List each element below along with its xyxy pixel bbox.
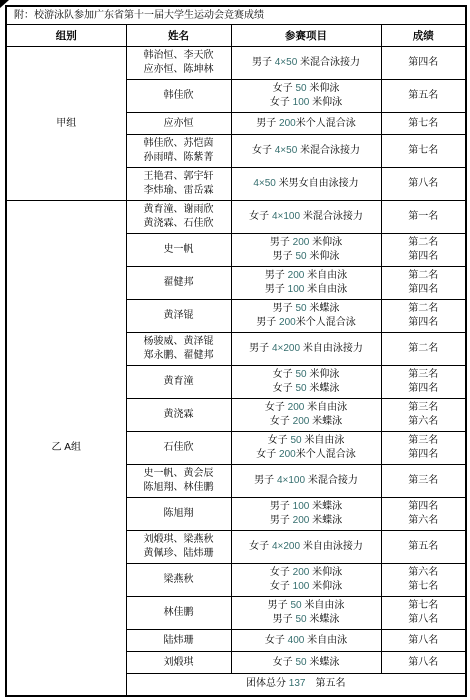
name-cell: 王艳君、郭宇轩李炜瑜、雷岳霖 bbox=[126, 168, 231, 201]
event-line: 女子 200 米自由泳 bbox=[234, 401, 379, 415]
name-cell: 韩佳欣、苏恺茵孙雨晴、陈紫菁 bbox=[126, 135, 231, 168]
table-row: 乙 A组黄育潼、谢雨欣黄浇霖、石佳欣女子 4×100 米混合泳接力第一名 bbox=[6, 201, 466, 234]
group-cell: 乙 A组 bbox=[6, 201, 126, 696]
result-line: 第四名 bbox=[384, 382, 464, 396]
result-line: 第二名 bbox=[384, 342, 464, 356]
event-line: 4×50 米男女自由泳接力 bbox=[234, 177, 379, 191]
result-line: 第六名 bbox=[384, 415, 464, 429]
event-cell: 男子 200 米仰泳男子 50 米仰泳 bbox=[231, 234, 381, 267]
event-cell: 女子 50 米仰泳女子 50 米蝶泳 bbox=[231, 366, 381, 399]
event-line: 男子 100 米蝶泳 bbox=[234, 500, 379, 514]
result-cell: 第八名 bbox=[381, 652, 466, 674]
name-line: 刘煅琪 bbox=[129, 656, 229, 670]
result-cell: 第三名第六名 bbox=[381, 399, 466, 432]
event-cell: 女子 400 米自由泳 bbox=[231, 630, 381, 652]
event-line: 男子 200 米自由泳 bbox=[234, 269, 379, 283]
event-line: 女子 50 米蝶泳 bbox=[234, 382, 379, 396]
event-cell: 男子 4×200 米自由泳接力 bbox=[231, 333, 381, 366]
number-text: 200 bbox=[288, 270, 305, 281]
result-line: 第八名 bbox=[384, 613, 464, 627]
name-line: 林佳鹏 bbox=[129, 606, 229, 620]
name-cell: 石佳欣 bbox=[126, 432, 231, 465]
name-line: 韩佳欣、苏恺茵 bbox=[129, 137, 229, 151]
event-cell: 女子 50 米仰泳女子 100 米仰泳 bbox=[231, 80, 381, 113]
name-line: 应亦恒、陈坤林 bbox=[129, 63, 229, 77]
event-cell: 女子 50 米蝶泳 bbox=[231, 652, 381, 674]
event-line: 男子 50 米自由泳 bbox=[234, 599, 379, 613]
result-cell: 第四名第六名 bbox=[381, 498, 466, 531]
result-cell: 第二名第四名 bbox=[381, 234, 466, 267]
event-line: 男子 4×100 米混合接力 bbox=[234, 474, 379, 488]
name-line: 王艳君、郭宇轩 bbox=[129, 170, 229, 184]
number-text: 200 bbox=[293, 515, 310, 526]
event-line: 女子 50 米自由泳 bbox=[234, 434, 379, 448]
results-table: 附：校游泳队参加广东省第十一届大学生运动会竞赛成绩 组别 姓名 参赛项目 成绩 … bbox=[5, 5, 467, 697]
name-cell: 翟健邦 bbox=[126, 267, 231, 300]
number-text: 4×50 bbox=[275, 57, 298, 68]
event-cell: 男子 200米个人混合泳 bbox=[231, 113, 381, 135]
number-text: 200 bbox=[288, 402, 305, 413]
name-line: 黄浇霖、石佳欣 bbox=[129, 217, 229, 231]
event-line: 男子 50 米仰泳 bbox=[234, 250, 379, 264]
number-text: 50 bbox=[295, 83, 306, 94]
name-line: 陈旭翔 bbox=[129, 507, 229, 521]
name-cell: 黄泽锟 bbox=[126, 300, 231, 333]
name-line: 刘煅琪、梁燕秋 bbox=[129, 533, 229, 547]
number-text: 50 bbox=[295, 383, 306, 394]
name-cell: 史一帆 bbox=[126, 234, 231, 267]
event-cell: 女子 4×100 米混合泳接力 bbox=[231, 201, 381, 234]
result-line: 第四名 bbox=[384, 448, 464, 462]
name-cell: 黄浇霖 bbox=[126, 399, 231, 432]
result-cell: 第三名第四名 bbox=[381, 366, 466, 399]
name-cell: 应亦恒 bbox=[126, 113, 231, 135]
event-line: 女子 50 米蝶泳 bbox=[234, 656, 379, 670]
result-line: 第四名 bbox=[384, 56, 464, 70]
result-line: 第六名 bbox=[384, 514, 464, 528]
name-line: 梁燕秋 bbox=[129, 573, 229, 587]
event-line: 女子 4×50 米混合泳接力 bbox=[234, 144, 379, 158]
name-line: 史一帆、黄会辰 bbox=[129, 467, 229, 481]
result-line: 第二名 bbox=[384, 302, 464, 316]
name-cell: 陈旭翔 bbox=[126, 498, 231, 531]
event-cell: 女子 4×50 米混合泳接力 bbox=[231, 135, 381, 168]
event-cell: 女子 50 米自由泳女子 200米个人混合泳 bbox=[231, 432, 381, 465]
name-line: 韩治恒、李天欣 bbox=[129, 49, 229, 63]
name-line: 陆炜珊 bbox=[129, 634, 229, 648]
event-line: 男子 100 米自由泳 bbox=[234, 283, 379, 297]
result-line: 第四名 bbox=[384, 250, 464, 264]
event-line: 男子 200米个人混合泳 bbox=[234, 316, 379, 330]
name-line: 李炜瑜、雷岳霖 bbox=[129, 184, 229, 198]
event-cell: 男子 50 米蝶泳男子 200米个人混合泳 bbox=[231, 300, 381, 333]
result-line: 第八名 bbox=[384, 177, 464, 191]
event-line: 女子 200米个人混合泳 bbox=[234, 448, 379, 462]
name-cell: 黄育潼 bbox=[126, 366, 231, 399]
event-cell: 4×50 米男女自由泳接力 bbox=[231, 168, 381, 201]
name-cell: 刘煅琪 bbox=[126, 652, 231, 674]
result-line: 第八名 bbox=[384, 634, 464, 648]
result-line: 第四名 bbox=[384, 283, 464, 297]
result-cell: 第三名第四名 bbox=[381, 432, 466, 465]
result-cell: 第五名 bbox=[381, 80, 466, 113]
result-cell: 第六名第七名 bbox=[381, 564, 466, 597]
result-line: 第一名 bbox=[384, 210, 464, 224]
result-line: 第七名 bbox=[384, 580, 464, 594]
column-header-name: 姓名 bbox=[126, 25, 231, 47]
number-text: 4×50 bbox=[253, 178, 276, 189]
result-line: 第八名 bbox=[384, 656, 464, 670]
number-text: 50 bbox=[295, 251, 306, 262]
result-line: 第二名 bbox=[384, 269, 464, 283]
number-text: 137 bbox=[289, 678, 306, 689]
result-line: 第五名 bbox=[384, 89, 464, 103]
number-text: 4×200 bbox=[272, 541, 300, 552]
number-text: 4×100 bbox=[272, 211, 300, 222]
team-total-text: 团体总分 137 第五名 bbox=[129, 677, 464, 691]
number-text: 4×100 bbox=[277, 475, 305, 486]
result-cell: 第五名 bbox=[381, 531, 466, 564]
result-cell: 第七名 bbox=[381, 135, 466, 168]
event-line: 男子 4×200 米自由泳接力 bbox=[234, 342, 379, 356]
event-line: 女子 50 米仰泳 bbox=[234, 82, 379, 96]
event-cell: 男子 200 米自由泳男子 100 米自由泳 bbox=[231, 267, 381, 300]
name-line: 应亦恒 bbox=[129, 117, 229, 131]
number-text: 400 bbox=[288, 635, 305, 646]
result-cell: 第七名 bbox=[381, 113, 466, 135]
number-text: 50 bbox=[290, 435, 301, 446]
table-row: 甲组韩治恒、李天欣应亦恒、陈坤林男子 4×50 米混合泳接力第四名 bbox=[6, 47, 466, 80]
result-line: 第六名 bbox=[384, 566, 464, 580]
number-text: 50 bbox=[290, 600, 301, 611]
name-cell: 陆炜珊 bbox=[126, 630, 231, 652]
number-text: 200 bbox=[293, 567, 310, 578]
title-row: 附：校游泳队参加广东省第十一届大学生运动会竞赛成绩 bbox=[6, 6, 466, 25]
event-line: 女子 4×200 米自由泳接力 bbox=[234, 540, 379, 554]
name-line: 史一帆 bbox=[129, 243, 229, 257]
result-cell: 第八名 bbox=[381, 168, 466, 201]
team-total-cell: 团体总分 137 第五名 bbox=[126, 674, 466, 696]
name-line: 翟健邦 bbox=[129, 276, 229, 290]
result-cell: 第一名 bbox=[381, 201, 466, 234]
number-text: 50 bbox=[295, 614, 306, 625]
number-text: 200 bbox=[293, 416, 310, 427]
event-cell: 男子 100 米蝶泳男子 200 米蝶泳 bbox=[231, 498, 381, 531]
event-cell: 男子 50 米自由泳男子 50 米蝶泳 bbox=[231, 597, 381, 630]
event-line: 男子 200米个人混合泳 bbox=[234, 117, 379, 131]
result-line: 第二名 bbox=[384, 236, 464, 250]
number-text: 4×200 bbox=[272, 343, 300, 354]
event-line: 男子 200 米仰泳 bbox=[234, 236, 379, 250]
result-cell: 第四名 bbox=[381, 47, 466, 80]
column-header-result: 成绩 bbox=[381, 25, 466, 47]
event-cell: 女子 4×200 米自由泳接力 bbox=[231, 531, 381, 564]
name-line: 韩佳欣 bbox=[129, 89, 229, 103]
result-cell: 第八名 bbox=[381, 630, 466, 652]
group-label: 甲组 bbox=[9, 117, 124, 131]
result-cell: 第二名第四名 bbox=[381, 300, 466, 333]
event-cell: 男子 4×100 米混合接力 bbox=[231, 465, 381, 498]
number-text: 200 bbox=[279, 118, 296, 129]
result-line: 第三名 bbox=[384, 434, 464, 448]
number-text: 50 bbox=[295, 303, 306, 314]
event-cell: 男子 4×50 米混合泳接力 bbox=[231, 47, 381, 80]
name-line: 黄浇霖 bbox=[129, 408, 229, 422]
number-text: 50 bbox=[295, 657, 306, 668]
group-label: 乙 A组 bbox=[9, 441, 124, 455]
document-page: 附：校游泳队参加广东省第十一届大学生运动会竞赛成绩 组别 姓名 参赛项目 成绩 … bbox=[0, 0, 470, 700]
name-line: 陈旭翔、林佳鹏 bbox=[129, 481, 229, 495]
result-cell: 第二名 bbox=[381, 333, 466, 366]
number-text: 200 bbox=[293, 237, 310, 248]
result-line: 第五名 bbox=[384, 540, 464, 554]
result-cell: 第三名 bbox=[381, 465, 466, 498]
name-cell: 刘煅琪、梁燕秋黄佩珍、陆炜珊 bbox=[126, 531, 231, 564]
name-line: 黄佩珍、陆炜珊 bbox=[129, 547, 229, 561]
result-line: 第三名 bbox=[384, 474, 464, 488]
column-header-group: 组别 bbox=[6, 25, 126, 47]
name-line: 杨骏威、黄泽锟 bbox=[129, 335, 229, 349]
number-text: 100 bbox=[293, 581, 310, 592]
event-line: 女子 200 米蝶泳 bbox=[234, 415, 379, 429]
name-line: 黄育潼 bbox=[129, 375, 229, 389]
event-cell: 女子 200 米自由泳女子 200 米蝶泳 bbox=[231, 399, 381, 432]
result-line: 第七名 bbox=[384, 117, 464, 131]
header-row: 组别 姓名 参赛项目 成绩 bbox=[6, 25, 466, 47]
column-header-event: 参赛项目 bbox=[231, 25, 381, 47]
event-line: 女子 100 米仰泳 bbox=[234, 580, 379, 594]
name-cell: 杨骏威、黄泽锟郑永鹏、翟健邦 bbox=[126, 333, 231, 366]
name-line: 石佳欣 bbox=[129, 441, 229, 455]
event-line: 女子 400 米自由泳 bbox=[234, 634, 379, 648]
number-text: 100 bbox=[293, 501, 310, 512]
name-cell: 黄育潼、谢雨欣黄浇霖、石佳欣 bbox=[126, 201, 231, 234]
event-line: 男子 4×50 米混合泳接力 bbox=[234, 56, 379, 70]
event-line: 男子 50 米蝶泳 bbox=[234, 302, 379, 316]
number-text: 4×50 bbox=[275, 145, 298, 156]
name-cell: 史一帆、黄会辰陈旭翔、林佳鹏 bbox=[126, 465, 231, 498]
event-cell: 女子 200 米仰泳女子 100 米仰泳 bbox=[231, 564, 381, 597]
number-text: 100 bbox=[288, 284, 305, 295]
name-cell: 林佳鹏 bbox=[126, 597, 231, 630]
event-line: 女子 200 米仰泳 bbox=[234, 566, 379, 580]
event-line: 男子 200 米蝶泳 bbox=[234, 514, 379, 528]
number-text: 50 bbox=[295, 369, 306, 380]
event-line: 女子 100 米仰泳 bbox=[234, 96, 379, 110]
number-text: 200 bbox=[279, 449, 296, 460]
name-cell: 韩佳欣 bbox=[126, 80, 231, 113]
result-line: 第三名 bbox=[384, 401, 464, 415]
event-line: 女子 50 米仰泳 bbox=[234, 368, 379, 382]
name-line: 郑永鹏、翟健邦 bbox=[129, 349, 229, 363]
group-cell: 甲组 bbox=[6, 47, 126, 201]
name-cell: 梁燕秋 bbox=[126, 564, 231, 597]
result-line: 第四名 bbox=[384, 500, 464, 514]
result-line: 第三名 bbox=[384, 368, 464, 382]
name-line: 孙雨晴、陈紫菁 bbox=[129, 151, 229, 165]
result-line: 第四名 bbox=[384, 316, 464, 330]
result-line: 第七名 bbox=[384, 144, 464, 158]
result-cell: 第二名第四名 bbox=[381, 267, 466, 300]
table-title: 附：校游泳队参加广东省第十一届大学生运动会竞赛成绩 bbox=[6, 6, 466, 25]
name-cell: 韩治恒、李天欣应亦恒、陈坤林 bbox=[126, 47, 231, 80]
event-line: 男子 50 米蝶泳 bbox=[234, 613, 379, 627]
result-cell: 第七名第八名 bbox=[381, 597, 466, 630]
table-body: 甲组韩治恒、李天欣应亦恒、陈坤林男子 4×50 米混合泳接力第四名韩佳欣女子 5… bbox=[6, 47, 466, 696]
number-text: 200 bbox=[279, 317, 296, 328]
event-line: 女子 4×100 米混合泳接力 bbox=[234, 210, 379, 224]
name-line: 黄育潼、谢雨欣 bbox=[129, 203, 229, 217]
result-line: 第七名 bbox=[384, 599, 464, 613]
number-text: 100 bbox=[293, 97, 310, 108]
name-line: 黄泽锟 bbox=[129, 309, 229, 323]
